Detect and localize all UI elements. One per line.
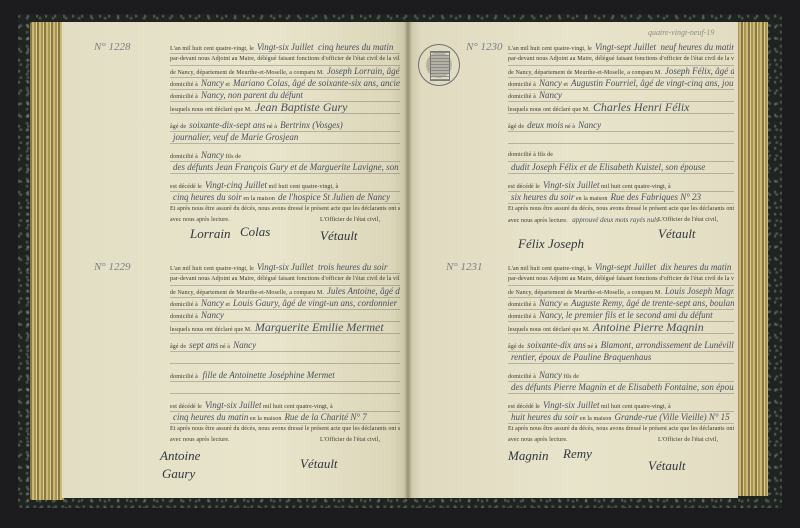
- declarant-signature: Magnin: [508, 450, 548, 461]
- declarant-signature: Remy: [563, 448, 592, 459]
- declarant-signature: Colas: [240, 226, 270, 237]
- municipal-stamp-icon: [418, 44, 460, 86]
- act-number: N° 1231: [446, 262, 483, 273]
- page-edges-left: [30, 22, 64, 500]
- declarant-signature: Félix Joseph: [518, 238, 584, 249]
- death-act-1229: N° 1229 L'an mil huit cent quatre-vingt,…: [170, 262, 400, 506]
- officer-signature: Vétault: [648, 460, 686, 471]
- officer-signature: Vétault: [658, 228, 696, 239]
- death-act-1230: N° 1230 L'an mil huit cent quatre-vingt,…: [508, 42, 734, 266]
- deceased-name: Jean Baptiste Gury: [252, 102, 348, 114]
- book-gutter: [404, 22, 412, 498]
- death-act-1231: N° 1231 L'an mil huit cent quatre-vingt,…: [508, 262, 734, 506]
- officer-signature: Vétault: [320, 230, 358, 241]
- deceased-name: Marguerite Emilie Mermet: [252, 322, 384, 334]
- officer-signature: Vétault: [300, 458, 338, 469]
- margin-note: approuvé deux mots rayés nuls: [569, 216, 658, 224]
- act-date: Vingt-six Juillet: [254, 42, 314, 52]
- act-number: N° 1230: [466, 42, 503, 53]
- page-edges-right: [736, 22, 768, 496]
- declarant-signature: Antoine: [160, 450, 200, 461]
- act-number: N° 1229: [94, 262, 131, 273]
- pencil-annotation: quatre-vingt-neuf-19: [648, 28, 714, 37]
- act-number: N° 1228: [94, 42, 131, 53]
- deceased-name: Antoine Pierre Magnin: [590, 322, 704, 334]
- deceased-name: Charles Henri Félix: [590, 102, 690, 114]
- declarant-signature: Lorrain: [190, 228, 230, 239]
- death-act-1228: N° 1228 L'an mil huit cent quatre-vingt,…: [170, 42, 400, 266]
- declarant-signature: Gaury: [162, 468, 195, 479]
